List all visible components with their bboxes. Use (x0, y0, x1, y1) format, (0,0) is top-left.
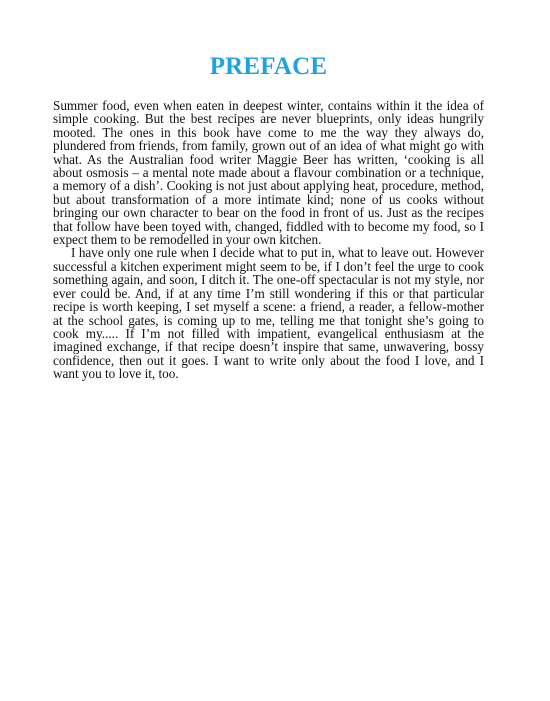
page-title: PREFACE (53, 52, 484, 82)
paragraph-1: Summer food, even when eaten in deepest … (53, 99, 484, 246)
document-page: PREFACE Summer food, even when eaten in … (53, 52, 484, 381)
paragraph-2: I have only one rule when I decide what … (53, 246, 484, 380)
